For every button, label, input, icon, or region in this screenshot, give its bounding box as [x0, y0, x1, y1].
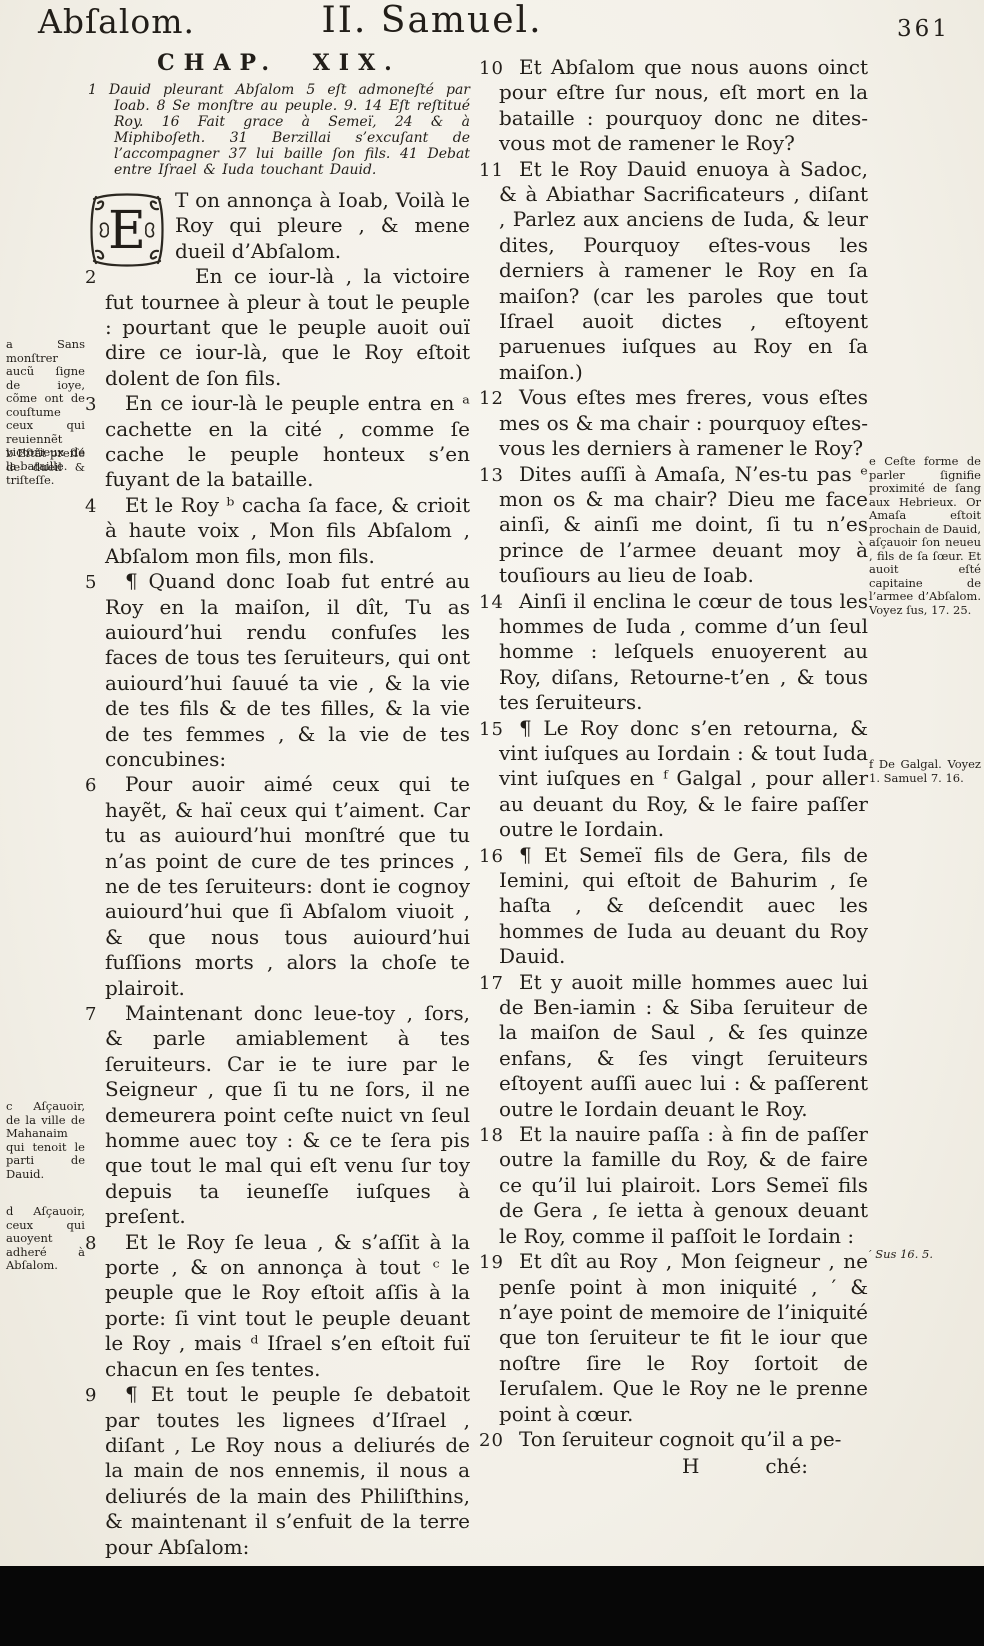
verse-number: 6 — [85, 773, 97, 798]
left-text-column: CHAP. XIX. 1 Dauid pleurant Abſalom 5 eſ… — [88, 50, 470, 1560]
drop-cap-woodcut: E — [88, 191, 166, 269]
verse-number: 19 — [479, 1250, 504, 1275]
verse-number: 16 — [479, 844, 504, 869]
verse-number: 15 — [479, 717, 504, 742]
margin-note-c: c Aſçauoir, de la ville de Mahanaim qui … — [6, 1100, 85, 1181]
margin-note-sus-ref: ′ Sus 16. 5. — [869, 1248, 981, 1262]
verse-number: 18 — [479, 1123, 504, 1148]
verse-text: Et le Roy ᵇ cacha ſa face, & crioit à ha… — [105, 493, 470, 568]
verse-8: 8Et le Roy ſe leua , & s’aſſit à la port… — [88, 1230, 470, 1382]
margin-note-e: e Ceſte forme de parler ſignifie proximi… — [869, 455, 981, 617]
margin-note-b: b Eſtãt preſſé de dueil & triſteſſe. — [6, 447, 85, 488]
verse-number: 12 — [479, 386, 504, 411]
verse-5: 5¶ Quand donc Ioab fut entré au Roy en l… — [88, 569, 470, 772]
verse-number: 14 — [479, 590, 504, 615]
verse-text: ¶ Quand donc Ioab fut entré au Roy en la… — [105, 569, 470, 771]
drop-cap-letter: E — [108, 201, 146, 261]
verse-17: 17Et y auoit mille hommes auec lui de Be… — [482, 970, 868, 1122]
verse-1: E T on annonça à Ioab, Voilà le Roy qui … — [88, 188, 470, 264]
running-head-title: II. Samuel. — [0, 0, 864, 41]
verse-12: 12Vous eſtes mes freres, vous eſtes mes … — [482, 385, 868, 461]
verse-number: 7 — [85, 1002, 97, 1027]
verse-text: En ce iour-là , la victoire fut tournee … — [105, 264, 470, 390]
verse-text: ¶ Et Semeï fils de Gera, fils de Iemini,… — [499, 843, 868, 969]
verse-text: Et dît au Roy , Mon ſeigneur , ne penſe … — [499, 1249, 868, 1425]
verse-text: Dites auſſi à Amaſa, N’es-tu pas ᵉ mon o… — [499, 462, 868, 588]
verse-number: 11 — [479, 158, 504, 183]
page-number: 361 — [897, 16, 950, 42]
verse-text: ¶ Et tout le peuple ſe debatoit par tout… — [105, 1382, 470, 1558]
verse-19: 19Et dît au Roy , Mon ſeigneur , ne penſ… — [482, 1249, 868, 1427]
verse-number: 17 — [479, 971, 504, 996]
chapter-heading: CHAP. XIX. — [88, 50, 470, 76]
margin-note-d: d Aſçauoir, ceux qui auoyent adheré à Ab… — [6, 1205, 85, 1273]
verse-number: 9 — [85, 1383, 97, 1408]
signature-line: H ché: — [482, 1452, 868, 1479]
verse-text: Maintenant donc leue-toy , ſors, & parle… — [105, 1001, 470, 1228]
verse-number: 13 — [479, 463, 504, 488]
verse-text: Et y auoit mille hommes auec lui de Ben-… — [499, 970, 868, 1121]
verse-number: 4 — [85, 494, 97, 519]
verse-11: 11Et le Roy Dauid enuoya à Sadoc, & à Ab… — [482, 157, 868, 386]
verse-number: 20 — [479, 1428, 504, 1453]
verse-3: 3En ce iour-là le peuple entra en ᵃ cach… — [88, 391, 470, 493]
verse-number: 10 — [479, 56, 504, 81]
verse-20: 20Ton ſeruiteur cognoit qu’il a pe- — [482, 1427, 868, 1452]
verse-number: 8 — [85, 1231, 97, 1256]
verse-15: 15¶ Le Roy donc s’en retourna, & vint iu… — [482, 716, 868, 843]
signature-mark: H — [682, 1454, 699, 1479]
verse-2: 2En ce iour-là , la victoire fut tournee… — [88, 264, 470, 391]
verse-9: 9¶ Et tout le peuple ſe debatoit par tou… — [88, 1382, 470, 1560]
verse-13: 13Dites auſſi à Amaſa, N’es-tu pas ᵉ mon… — [482, 462, 868, 589]
verse-text: T on annonça à Ioab, Voilà le Roy qui pl… — [175, 188, 470, 263]
verse-10: 10Et Abſalom que nous auons oinct pour e… — [482, 55, 868, 157]
verse-text: Ainſi il enclina le cœur de tous les hom… — [499, 589, 868, 715]
book-page: Abſalom. II. Samuel. 361 a Sans monſtrer… — [0, 0, 984, 1646]
verse-16: 16¶ Et Semeï fils de Gera, fils de Iemin… — [482, 843, 868, 970]
verse-18: 18Et la nauire paſſa : à fin de paſſer o… — [482, 1122, 868, 1249]
verse-4: 4Et le Roy ᵇ cacha ſa face, & crioit à h… — [88, 493, 470, 569]
scan-edge-band — [0, 1566, 984, 1646]
verse-number: 5 — [85, 570, 97, 595]
verse-text: ¶ Le Roy donc s’en retourna, & vint iuſq… — [499, 716, 868, 842]
verse-text: Vous eſtes mes freres, vous eſtes mes os… — [499, 385, 868, 460]
verse-14: 14Ainſi il enclina le cœur de tous les h… — [482, 589, 868, 716]
verse-text: Pour auoir aimé ceux qui te hayẽt, & haï… — [105, 772, 470, 999]
verse-text: Et le Roy ſe leua , & s’aſſit à la porte… — [105, 1230, 470, 1381]
verse-number: 2 — [85, 265, 97, 290]
verse-7: 7Maintenant donc leue-toy , ſors, & parl… — [88, 1001, 470, 1230]
verse-number: 3 — [85, 392, 97, 417]
catchword: ché: — [765, 1454, 808, 1479]
verse-text: Ton ſeruiteur cognoit qu’il a pe- — [519, 1427, 841, 1451]
right-text-column: 10Et Abſalom que nous auons oinct pour e… — [482, 55, 868, 1480]
verse-text: Et Abſalom que nous auons oinct pour eſt… — [499, 55, 868, 155]
verse-text: En ce iour-là le peuple entra en ᵃ cache… — [105, 391, 470, 491]
verse-text: Et la nauire paſſa : à fin de paſſer out… — [499, 1122, 868, 1248]
verse-text: Et le Roy Dauid enuoya à Sadoc, & à Abia… — [499, 157, 868, 384]
verse-6: 6Pour auoir aimé ceux qui te hayẽt, & ha… — [88, 772, 470, 1001]
chapter-argument: 1 Dauid pleurant Abſalom 5 eſt admoneſté… — [88, 82, 470, 178]
margin-note-f: f De Galgal. Voyez 1. Samuel 7. 16. — [869, 758, 981, 785]
